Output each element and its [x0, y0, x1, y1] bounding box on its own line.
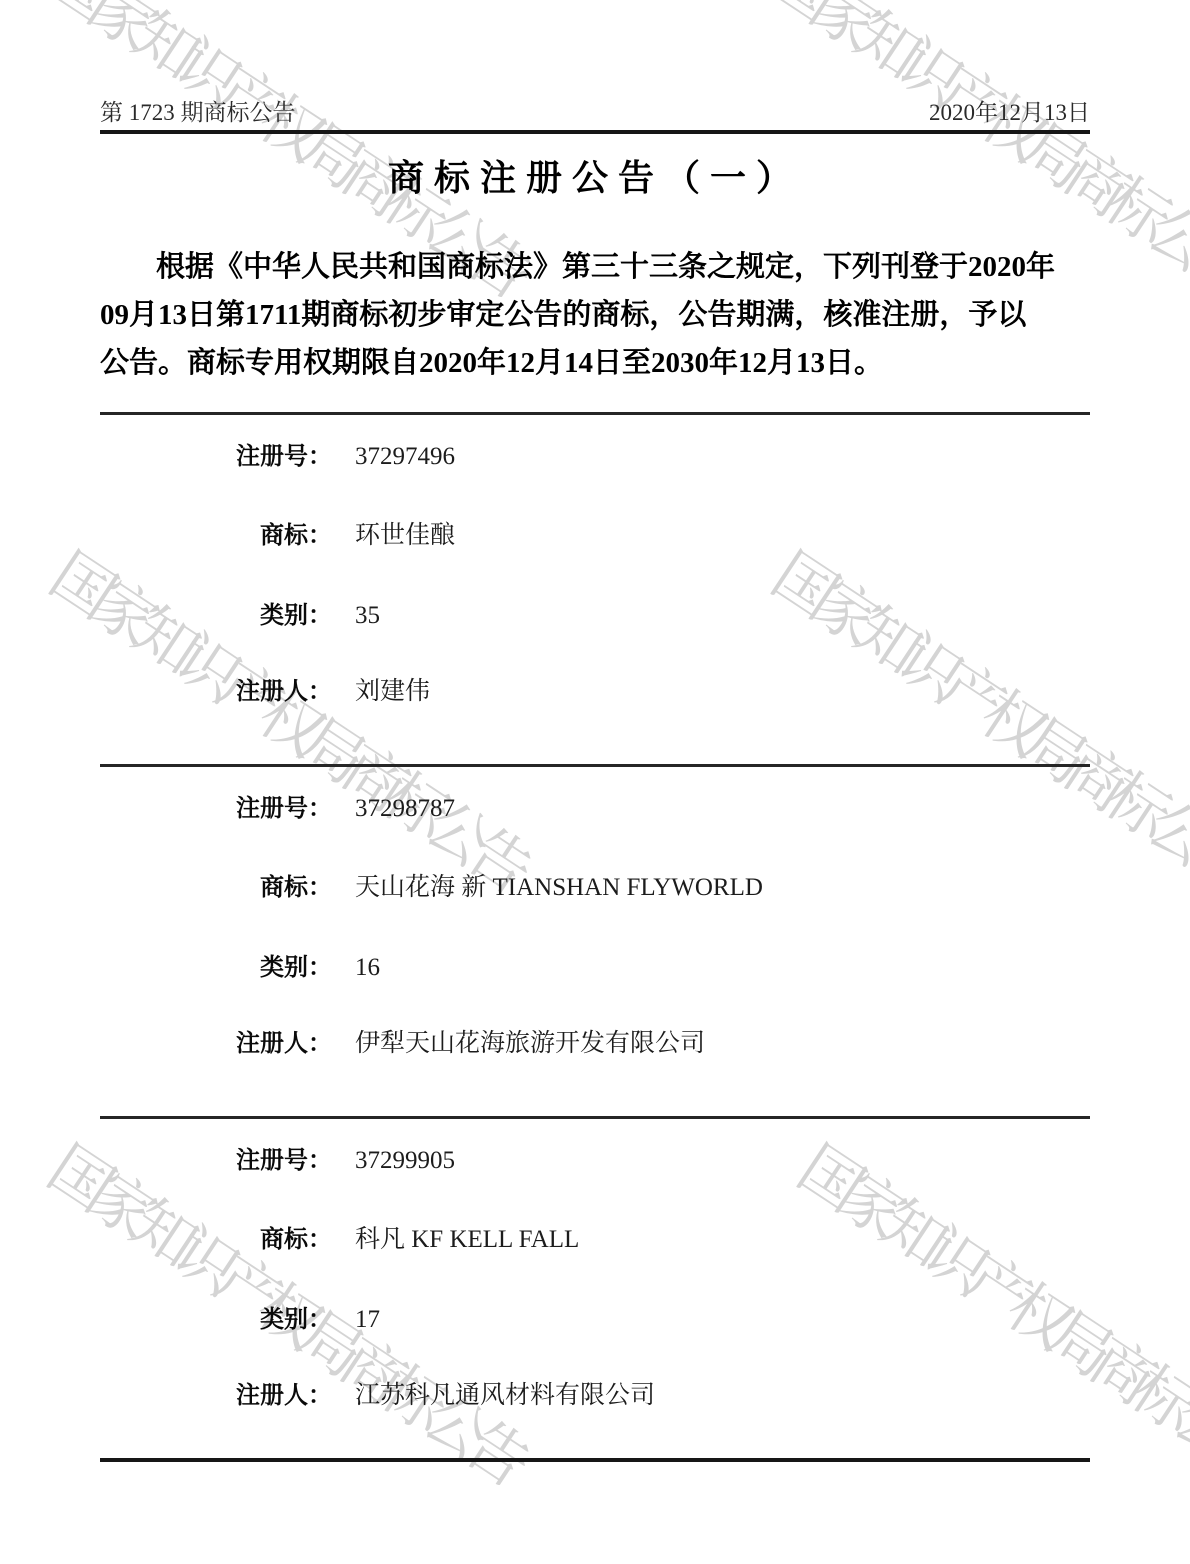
gazette-issue-number: 第 1723 期商标公告 — [100, 94, 296, 127]
entry-separator — [100, 412, 1090, 415]
bottom-rule — [100, 1458, 1090, 1462]
registration-number-value: 37298787 — [355, 795, 455, 823]
registration-number-label: 注册号： — [100, 788, 332, 823]
trademark-row: 商标： 科凡 KF KELL FALL — [100, 1219, 1090, 1255]
intro-line: 根据《中华人民共和国商标法》第三十三条之规定，下列刊登于2020年 — [100, 243, 1090, 291]
category-label: 类别： — [100, 1299, 332, 1334]
category-row: 类别： 16 — [100, 947, 1090, 982]
trademark-row: 商标： 天山花海 新 TIANSHAN FLYWORLD — [100, 867, 1090, 903]
registrant-row: 注册人： 伊犁天山花海旅游开发有限公司 — [100, 1023, 1090, 1059]
trademark-label: 商标： — [100, 867, 332, 902]
registration-number-row: 注册号： 37299905 — [100, 1140, 1090, 1175]
registration-number-label: 注册号： — [100, 436, 332, 471]
registration-number-value: 37299905 — [355, 1147, 455, 1175]
gazette-page: 国家知识产权局商标公告 国家知识产权局商标公告 国家知识产权局商标公告 国家知识… — [0, 0, 1190, 1564]
page-content: 第 1723 期商标公告 2020年12月13日 商标注册公告（一） 根据《中华… — [0, 0, 1190, 1564]
registrant-row: 注册人： 刘建伟 — [100, 671, 1090, 707]
page-header: 第 1723 期商标公告 2020年12月13日 — [100, 94, 1090, 127]
trademark-entry: 注册号： 37299905 商标： 科凡 KF KELL FALL 类别： 17… — [100, 1116, 1090, 1468]
registrant-value: 刘建伟 — [355, 671, 430, 707]
registrant-row: 注册人： 江苏科凡通风材料有限公司 — [100, 1375, 1090, 1411]
trademark-entry: 注册号： 37298787 商标： 天山花海 新 TIANSHAN FLYWOR… — [100, 764, 1090, 1116]
registrant-value: 伊犁天山花海旅游开发有限公司 — [355, 1023, 705, 1059]
registrant-value: 江苏科凡通风材料有限公司 — [355, 1375, 655, 1411]
intro-line: 09月13日第1711期商标初步审定公告的商标，公告期满，核准注册，予以 — [100, 291, 1090, 339]
header-rule — [100, 130, 1090, 134]
trademark-value: 天山花海 新 TIANSHAN FLYWORLD — [355, 867, 763, 903]
trademark-label: 商标： — [100, 1219, 332, 1254]
trademark-row: 商标： 环世佳酿 — [100, 515, 1090, 551]
gazette-date: 2020年12月13日 — [929, 94, 1090, 127]
category-label: 类别： — [100, 947, 332, 982]
registration-number-value: 37297496 — [355, 443, 455, 471]
entry-separator — [100, 764, 1090, 767]
entry-separator — [100, 1116, 1090, 1119]
category-value: 16 — [355, 954, 380, 982]
category-value: 17 — [355, 1306, 380, 1334]
registrant-label: 注册人： — [100, 1375, 332, 1410]
trademark-label: 商标： — [100, 515, 332, 550]
intro-line: 公告。商标专用权期限自2020年12月14日至2030年12月13日。 — [100, 339, 1090, 387]
category-value: 35 — [355, 602, 380, 630]
intro-paragraph: 根据《中华人民共和国商标法》第三十三条之规定，下列刊登于2020年 09月13日… — [100, 243, 1090, 387]
category-row: 类别： 35 — [100, 595, 1090, 630]
page-title: 商标注册公告（一） — [100, 150, 1090, 201]
registrant-label: 注册人： — [100, 1023, 332, 1058]
registration-number-row: 注册号： 37298787 — [100, 788, 1090, 823]
trademark-value: 环世佳酿 — [355, 515, 455, 551]
trademark-entry: 注册号： 37297496 商标： 环世佳酿 类别： 35 注册人： 刘建伟 — [100, 412, 1090, 764]
category-label: 类别： — [100, 595, 332, 630]
trademark-value: 科凡 KF KELL FALL — [355, 1219, 579, 1255]
registration-number-row: 注册号： 37297496 — [100, 436, 1090, 471]
registration-number-label: 注册号： — [100, 1140, 332, 1175]
category-row: 类别： 17 — [100, 1299, 1090, 1334]
registrant-label: 注册人： — [100, 671, 332, 706]
